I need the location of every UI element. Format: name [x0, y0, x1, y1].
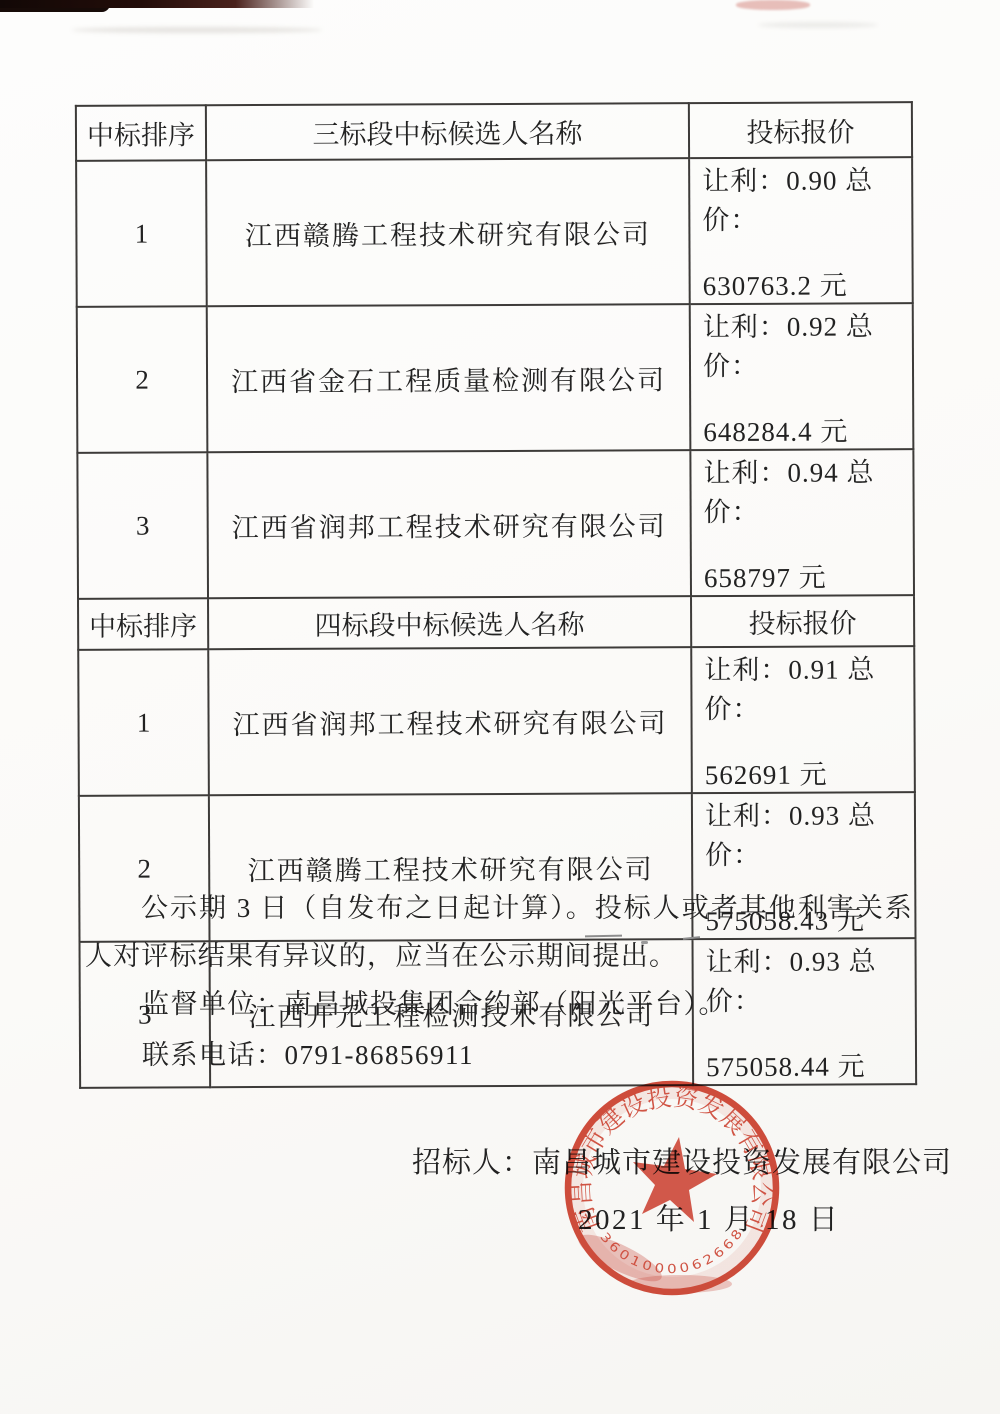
price-cell: 让利：0.90 总价： 630763.2 元	[689, 157, 913, 304]
price-total: 648284.4 元	[703, 409, 912, 449]
header-bid-price: 投标报价	[689, 102, 912, 158]
notice-paragraph: 公示期 3 日（自发布之日起计算）。投标人或者其他利害关系人对评标结果有异议的，…	[85, 884, 913, 980]
price-total: 562691 元	[705, 752, 914, 792]
price-cell: 让利：0.92 总价： 648284.4 元	[690, 303, 914, 450]
rank-cell: 2	[77, 306, 208, 453]
scan-smudge	[72, 27, 322, 33]
table-row: 3 江西省润邦工程技术研究有限公司 让利：0.94 总价： 658797 元	[77, 449, 914, 599]
table-row: 1 江西省润邦工程技术研究有限公司 让利：0.91 总价： 562691 元	[78, 646, 915, 796]
company-cell: 江西省润邦工程技术研究有限公司	[208, 647, 692, 795]
scan-smudge	[736, 0, 810, 10]
price-discount: 让利：0.90 总价：	[702, 158, 911, 237]
price-discount: 让利：0.94 总价：	[703, 450, 912, 529]
header-bid-price: 投标报价	[691, 595, 914, 647]
supervisor-line: 监督单位：南昌城投集团合约部（阳光平台）。	[142, 982, 727, 1021]
rank-cell: 1	[78, 649, 209, 796]
seal-star-icon	[633, 1137, 717, 1222]
price-discount: 让利：0.93 总价：	[705, 793, 914, 872]
price-discount: 让利：0.91 总价：	[704, 647, 913, 726]
scan-smudge	[758, 22, 878, 28]
company-cell: 江西省润邦工程技术研究有限公司	[207, 450, 691, 598]
header-rank: 中标排序	[78, 598, 208, 650]
header-candidate-name-section4: 四标段中标候选人名称	[208, 596, 691, 649]
phone-line: 联系电话：0791-86856911	[142, 1033, 474, 1072]
rank-cell: 3	[77, 452, 208, 599]
company-cell: 江西省金石工程质量检测有限公司	[207, 304, 691, 452]
price-total: 658797 元	[704, 555, 913, 595]
official-seal-stamp: 南昌城市建设投资发展有限公司 3601000062668	[550, 1062, 794, 1314]
scan-edge-artifact	[0, 0, 314, 8]
price-cell: 让利：0.94 总价： 658797 元	[690, 449, 914, 596]
table-row: 1 江西赣腾工程技术研究有限公司 让利：0.90 总价： 630763.2 元	[76, 157, 913, 307]
table-row: 2 江西省金石工程质量检测有限公司 让利：0.92 总价： 648284.4 元	[77, 303, 914, 453]
pen-mark	[641, 941, 648, 944]
price-cell: 让利：0.91 总价： 562691 元	[691, 646, 915, 793]
scanned-bid-announcement-page: { "table": { "sections": [ { "headers": …	[0, 0, 1000, 1414]
rank-cell: 1	[76, 160, 207, 307]
header-rank: 中标排序	[76, 105, 206, 161]
price-discount: 让利：0.92 总价：	[703, 304, 912, 383]
header-candidate-name-section3: 三标段中标候选人名称	[206, 103, 689, 160]
company-cell: 江西赣腾工程技术研究有限公司	[206, 158, 690, 306]
table-header-row-section3: 中标排序 三标段中标候选人名称 投标报价	[76, 102, 912, 161]
table-header-row-section4: 中标排序 四标段中标候选人名称 投标报价	[78, 595, 914, 650]
price-total: 630763.2 元	[703, 263, 912, 303]
